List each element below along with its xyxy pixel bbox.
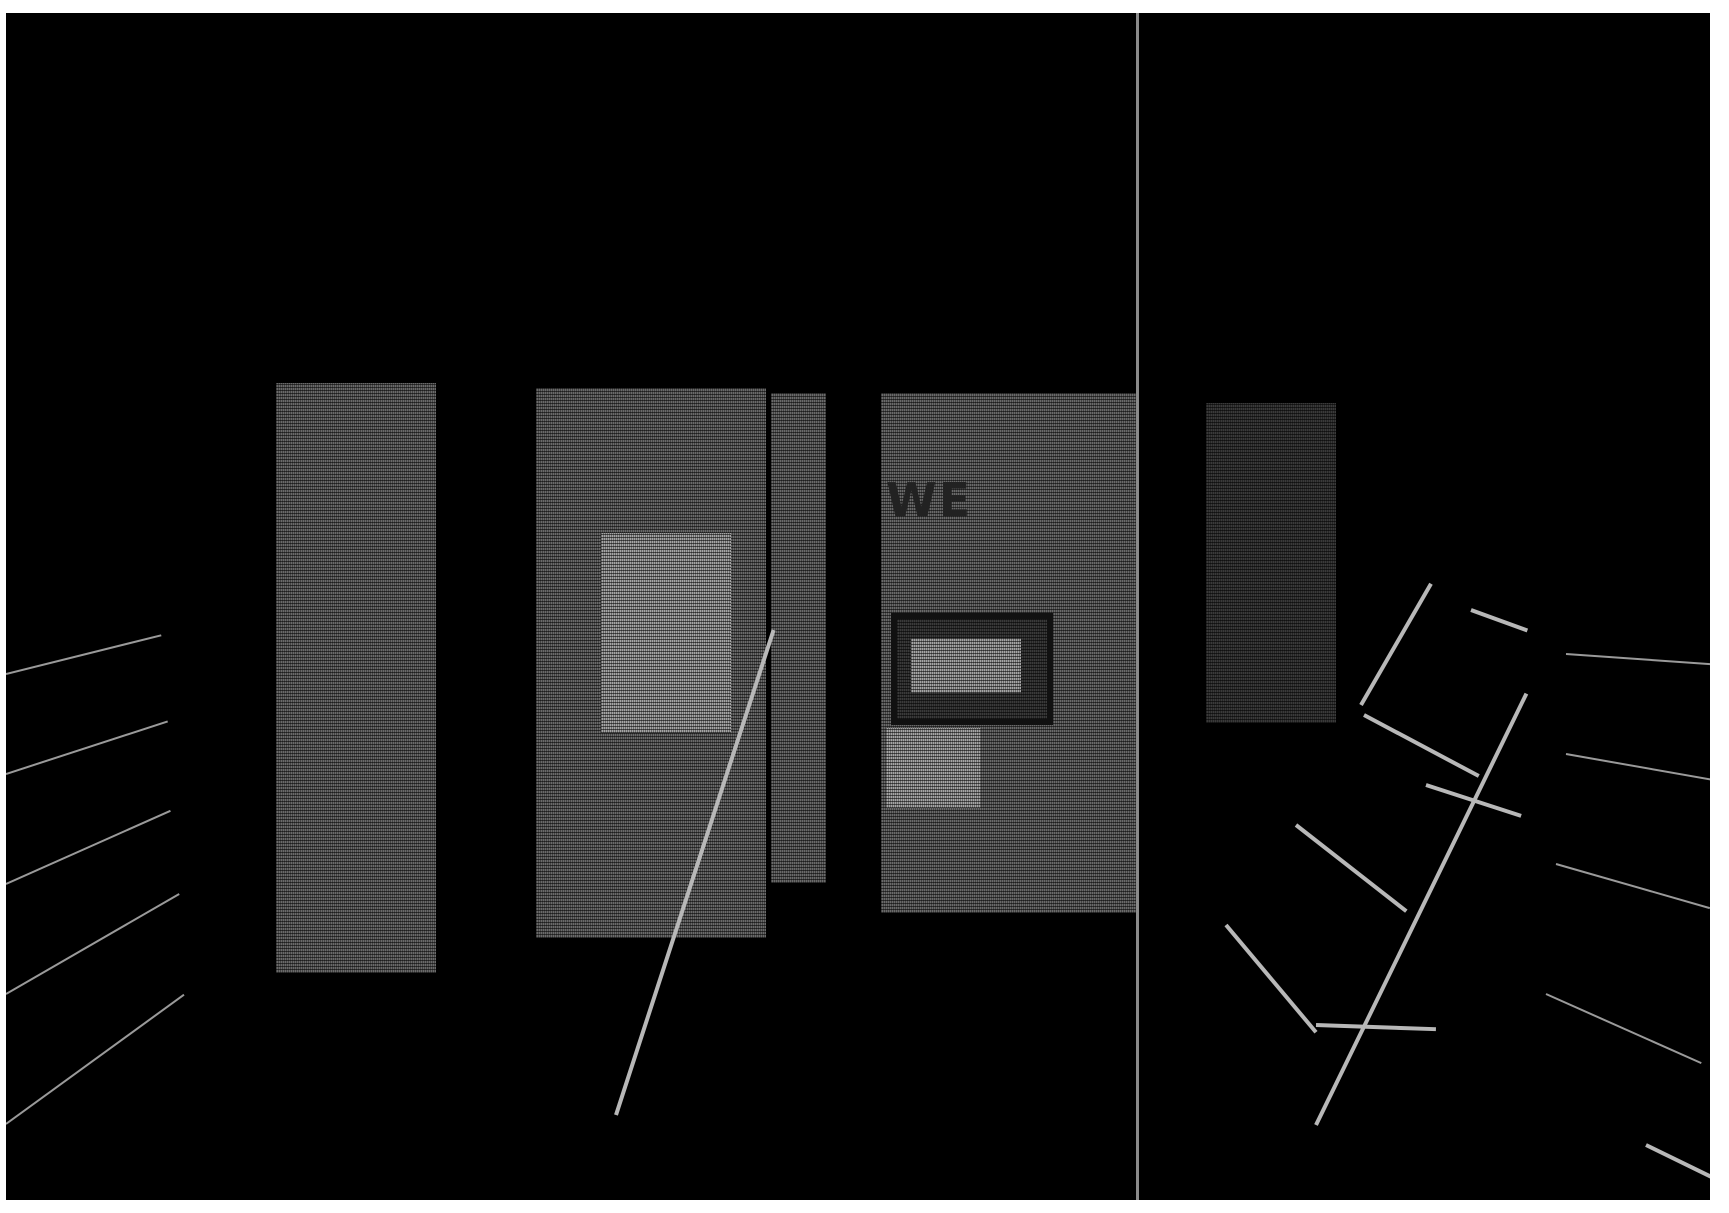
center-highlight	[601, 533, 731, 733]
frame-bar-1	[1314, 693, 1528, 1126]
left-slat	[6, 893, 180, 995]
frame-bar-7	[1316, 1023, 1436, 1031]
frame-bar-6	[1224, 924, 1317, 1034]
right-slat	[1566, 653, 1710, 665]
right-slat	[1645, 1143, 1710, 1186]
photograph: WE	[6, 13, 1710, 1200]
screen	[911, 638, 1021, 693]
left-slat	[6, 810, 171, 885]
lower-bright-patch	[886, 728, 981, 808]
sign-text: WE	[886, 473, 972, 527]
left-slat	[6, 634, 161, 675]
frame-bar-2	[1359, 583, 1432, 706]
right-slat	[1546, 993, 1702, 1064]
frame-bar-5	[1295, 823, 1408, 912]
right-slat	[1556, 863, 1710, 909]
left-slat	[6, 994, 185, 1125]
frame-bar-3	[1363, 713, 1480, 778]
left-window-panel	[276, 383, 436, 973]
vertical-divider	[1136, 13, 1139, 1200]
far-right-panel	[1206, 403, 1336, 723]
narrow-panel	[771, 393, 826, 883]
left-slat	[6, 721, 168, 775]
frame-top-bar	[1470, 608, 1528, 632]
frame-bar-4	[1425, 783, 1521, 818]
right-slat	[1566, 753, 1710, 781]
